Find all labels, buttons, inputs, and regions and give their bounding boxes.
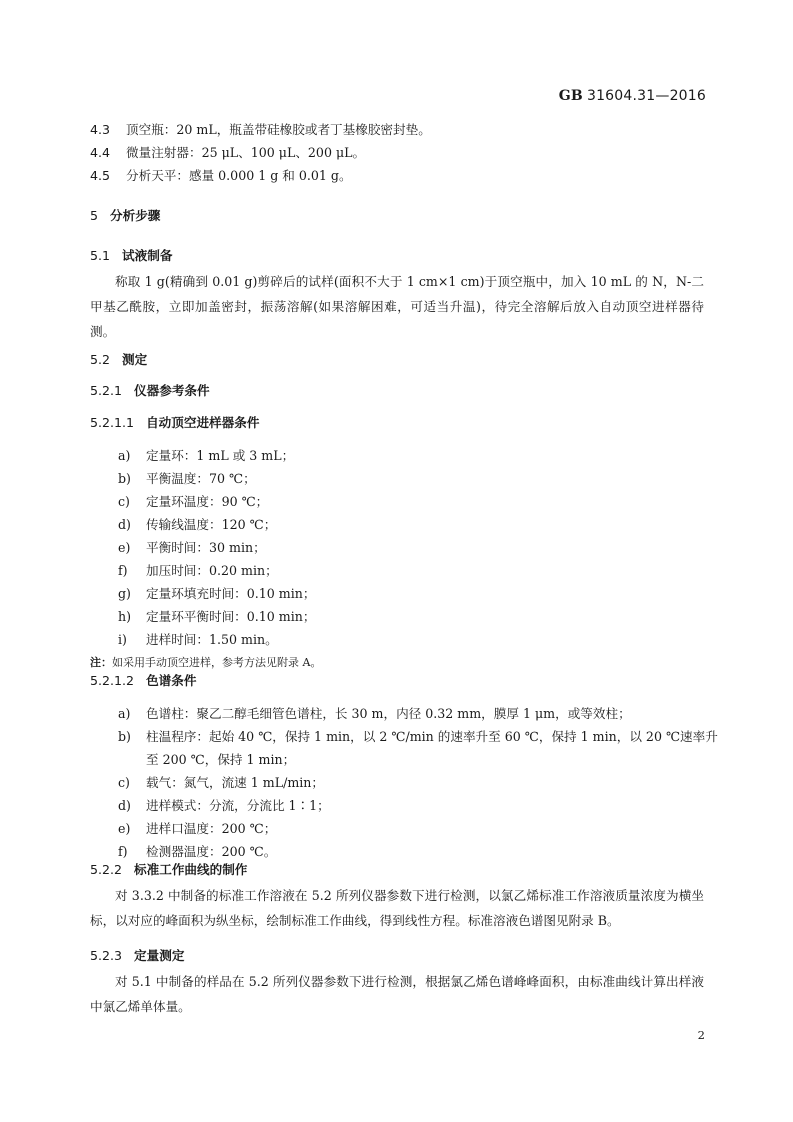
item-text: 定量环平衡时间：0.10 min； xyxy=(146,609,315,624)
item-text: 进样口温度：200 ℃； xyxy=(146,821,276,836)
note-text: 如采用手动顶空进样，参考方法见附录 A。 xyxy=(112,656,321,669)
clause-text: 顶空瓶：20 mL，瓶盖带硅橡胶或者丁基橡胶密封垫。 xyxy=(126,122,431,137)
item-letter: d) xyxy=(118,798,146,814)
item-letter: c) xyxy=(118,775,146,791)
list-item: b)柱温程序：起始 40 ℃，保持 1 min，以 2 ℃/min 的速率升至 … xyxy=(118,729,718,745)
item-letter: h) xyxy=(118,609,146,625)
section-5-2-heading: 5.2测定 xyxy=(90,352,147,368)
standard-prefix: GB xyxy=(559,88,583,104)
section-number: 5.2.1.2 xyxy=(90,673,134,688)
list-item-continuation: 至 200 ℃，保持 1 min； xyxy=(146,752,295,768)
list-item: e)平衡时间：30 min； xyxy=(118,540,266,556)
list-item: d)传输线温度：120 ℃； xyxy=(118,517,276,533)
item-letter: e) xyxy=(118,540,146,556)
section-title: 分析步骤 xyxy=(110,208,160,223)
section-5-2-2-paragraph: 对 3.3.2 中制备的标准工作溶液在 5.2 所列仪器参数下进行检测，以氯乙烯… xyxy=(90,883,704,933)
section-number: 5.2 xyxy=(90,352,110,367)
page-number: 2 xyxy=(698,1028,705,1042)
clause-4-3: 4.3顶空瓶：20 mL，瓶盖带硅橡胶或者丁基橡胶密封垫。 xyxy=(90,122,431,138)
item-letter: c) xyxy=(118,494,146,510)
clause-number: 4.5 xyxy=(90,168,126,184)
list-item: f)检测器温度：200 ℃。 xyxy=(118,844,276,860)
section-title: 自动顶空进样器条件 xyxy=(146,415,259,430)
item-text: 加压时间：0.20 min； xyxy=(146,563,278,578)
list-item: a)定量环：1 mL 或 3 mL； xyxy=(118,448,294,464)
item-letter: f) xyxy=(118,563,146,579)
standard-number: 31604.31—2016 xyxy=(587,88,706,104)
item-letter: a) xyxy=(118,448,146,464)
list-item: h)定量环平衡时间：0.10 min； xyxy=(118,609,315,625)
item-letter: d) xyxy=(118,517,146,533)
section-number: 5.2.1.1 xyxy=(90,415,134,430)
section-title: 标准工作曲线的制作 xyxy=(134,862,247,877)
item-text: 平衡温度：70 ℃； xyxy=(146,471,256,486)
section-5-2-3-heading: 5.2.3定量测定 xyxy=(90,948,184,964)
section-5-1-heading: 5.1试液制备 xyxy=(90,248,172,264)
item-letter: b) xyxy=(118,729,146,745)
list-item: f)加压时间：0.20 min； xyxy=(118,563,278,579)
section-number: 5.2.2 xyxy=(90,862,122,877)
item-letter: e) xyxy=(118,821,146,837)
list-item: a)色谱柱：聚乙二醇毛细管色谱柱，长 30 m，内径 0.32 mm，膜厚 1 … xyxy=(118,706,631,722)
list-item: b)平衡温度：70 ℃； xyxy=(118,471,256,487)
section-number: 5.2.1 xyxy=(90,383,122,398)
section-title: 测定 xyxy=(122,352,147,367)
section-title: 色谱条件 xyxy=(146,673,196,688)
clause-text: 微量注射器：25 μL、100 μL、200 μL。 xyxy=(126,145,365,160)
clause-number: 4.4 xyxy=(90,145,126,161)
section-5-2-1-2-heading: 5.2.1.2色谱条件 xyxy=(90,673,196,689)
clause-text: 分析天平：感量 0.000 1 g 和 0.01 g。 xyxy=(126,168,352,183)
section-title: 试液制备 xyxy=(122,248,172,263)
item-text: 进样模式：分流，分流比 1∶1； xyxy=(146,798,330,813)
item-text: 载气：氮气，流速 1 mL/min； xyxy=(146,775,324,790)
section-5-1-paragraph: 称取 1 g(精确到 0.01 g)剪碎后的试样(面积不大于 1 cm×1 cm… xyxy=(90,269,704,344)
item-letter: i) xyxy=(118,632,146,648)
item-text: 色谱柱：聚乙二醇毛细管色谱柱，长 30 m，内径 0.32 mm，膜厚 1 μm… xyxy=(146,706,631,721)
clause-4-5: 4.5分析天平：感量 0.000 1 g 和 0.01 g。 xyxy=(90,168,352,184)
section-title: 仪器参考条件 xyxy=(134,383,210,398)
item-text: 进样时间：1.50 min。 xyxy=(146,632,278,647)
clause-4-4: 4.4微量注射器：25 μL、100 μL、200 μL。 xyxy=(90,145,365,161)
item-text: 定量环温度：90 ℃； xyxy=(146,494,268,509)
list-item: c)载气：氮气，流速 1 mL/min； xyxy=(118,775,324,791)
item-letter: f) xyxy=(118,844,146,860)
list-item: g)定量环填充时间：0.10 min； xyxy=(118,586,315,602)
section-number: 5.2.3 xyxy=(90,948,122,963)
item-text: 柱温程序：起始 40 ℃，保持 1 min，以 2 ℃/min 的速率升至 60… xyxy=(146,729,718,744)
item-text: 平衡时间：30 min； xyxy=(146,540,266,555)
item-text: 定量环：1 mL 或 3 mL； xyxy=(146,448,294,463)
section-title: 定量测定 xyxy=(134,948,184,963)
clause-number: 4.3 xyxy=(90,122,126,138)
item-letter: b) xyxy=(118,471,146,487)
section-5-2-1-heading: 5.2.1仪器参考条件 xyxy=(90,383,210,399)
item-text: 传输线温度：120 ℃； xyxy=(146,517,276,532)
section-number: 5 xyxy=(90,208,98,223)
item-letter: g) xyxy=(118,586,146,602)
section-number: 5.1 xyxy=(90,248,110,263)
section-5-heading: 5分析步骤 xyxy=(90,208,160,224)
section-5-2-3-paragraph: 对 5.1 中制备的样品在 5.2 所列仪器参数下进行检测，根据氯乙烯色谱峰峰面… xyxy=(90,969,704,1019)
list-item: d)进样模式：分流，分流比 1∶1； xyxy=(118,798,330,814)
list-item: c)定量环温度：90 ℃； xyxy=(118,494,268,510)
item-text: 定量环填充时间：0.10 min； xyxy=(146,586,315,601)
item-text: 检测器温度：200 ℃。 xyxy=(146,844,276,859)
section-5-2-2-heading: 5.2.2标准工作曲线的制作 xyxy=(90,862,247,878)
list-item: i)进样时间：1.50 min。 xyxy=(118,632,278,648)
note-label: 注： xyxy=(90,656,112,669)
list-item: e)进样口温度：200 ℃； xyxy=(118,821,276,837)
section-5-2-1-1-heading: 5.2.1.1自动顶空进样器条件 xyxy=(90,415,259,431)
item-letter: a) xyxy=(118,706,146,722)
note: 注：如采用手动顶空进样，参考方法见附录 A。 xyxy=(90,656,321,670)
standard-code: GB31604.31—2016 xyxy=(559,88,706,104)
